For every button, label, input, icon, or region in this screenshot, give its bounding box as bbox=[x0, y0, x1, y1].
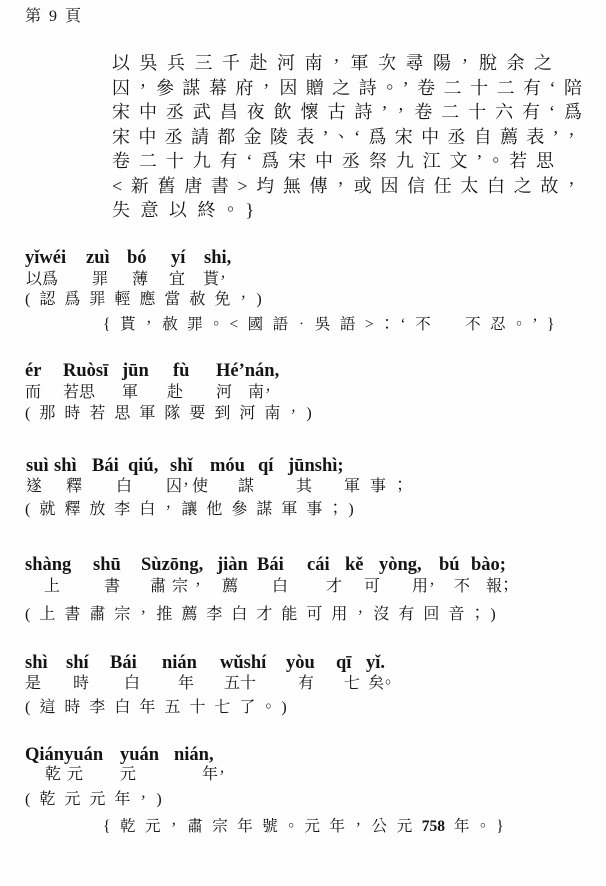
pinyin-line: yǐwéi zuì bó yí shi, bbox=[0, 247, 606, 269]
pinyin-word: jiàn bbox=[217, 554, 248, 576]
hanzi-word: 囚， bbox=[166, 477, 190, 497]
hanzi-word: 貰， bbox=[203, 270, 227, 290]
hanzi-word: 報； bbox=[486, 577, 510, 597]
translation-line: (就釋放李白，讓他參謀軍事；) bbox=[25, 500, 363, 520]
hanzi-word: 釋 bbox=[66, 477, 82, 497]
pinyin-word: bó bbox=[127, 247, 147, 269]
hanzi-word: 年 bbox=[178, 674, 194, 694]
note-block-line: 失意以終。} bbox=[112, 200, 265, 220]
hanzi-word: 遂 bbox=[26, 477, 42, 497]
pinyin-word: zuì bbox=[86, 247, 110, 269]
annotation-note: {乾元，肅宗年號。元年，公元758年。} bbox=[103, 817, 513, 837]
pinyin-word: shū bbox=[93, 554, 121, 576]
hanzi-word: 元 bbox=[120, 765, 136, 785]
pinyin-word: bào; bbox=[471, 554, 506, 576]
note-block-line: <新舊唐書>均無傳，或因信任太白之故， bbox=[112, 176, 577, 196]
note-block-line: 宋中丞請都金陵表’、‘爲宋中丞自薦表’， bbox=[112, 127, 577, 147]
hanzi-word: 用， bbox=[412, 577, 436, 597]
hanzi-word: 以爲 bbox=[26, 270, 58, 290]
hanzi-word: 河 bbox=[216, 383, 232, 403]
pinyin-word: ér bbox=[25, 360, 41, 382]
hanzi-word: 有 bbox=[298, 674, 314, 694]
hanzi-word: 使 bbox=[192, 477, 208, 497]
hanzi-word: 而 bbox=[25, 383, 41, 403]
pinyin-word: kě bbox=[345, 554, 364, 576]
hanzi-word: 其 bbox=[296, 477, 312, 497]
hanzi-word: 可 bbox=[364, 577, 380, 597]
hanzi-word: 是 bbox=[25, 674, 41, 694]
hanzi-word: 五十 bbox=[224, 674, 256, 694]
hanzi-word: 七 bbox=[344, 674, 360, 694]
pinyin-word: shàng bbox=[25, 554, 71, 576]
pinyin-word: Bái bbox=[257, 554, 284, 576]
translation-line: (上書肅宗，推薦李白才能可用，沒有回音；) bbox=[25, 605, 505, 625]
pinyin-word: nián bbox=[162, 652, 197, 674]
pinyin-word: Hé’nán, bbox=[216, 360, 279, 382]
scanned-page: 第 9 頁 以吳兵三千赴河南，軍次尋陽，脫余之 囚，參謀幕府，因贈之詩。’卷二十… bbox=[0, 0, 606, 886]
hanzi-word: 罪 bbox=[92, 270, 108, 290]
hanzi-word: 年， bbox=[202, 765, 226, 785]
hanzi-line: 上 書 肅宗， 薦 白 才 可 用， 不 報； bbox=[0, 577, 606, 597]
hanzi-word: 上 bbox=[44, 577, 60, 597]
note-text: {乾元，肅宗年號。元年，公元 bbox=[103, 818, 422, 835]
pinyin-word: nián, bbox=[174, 744, 214, 766]
pinyin-word: Qiányuán bbox=[25, 744, 103, 766]
hanzi-word: 白 bbox=[272, 577, 288, 597]
hanzi-word: 矣。 bbox=[368, 674, 392, 694]
hanzi-word: 薄 bbox=[132, 270, 148, 290]
hanzi-word: 軍事； bbox=[344, 477, 414, 497]
hanzi-line: 是 時 白 年 五十 有 七 矣。 bbox=[0, 674, 606, 694]
pinyin-line: Qiányuán yuán nián, bbox=[0, 744, 606, 766]
hanzi-word: 乾元 bbox=[45, 765, 89, 785]
pinyin-word: shì bbox=[25, 652, 48, 674]
translation-line: (乾元元年，) bbox=[25, 790, 171, 810]
hanzi-line: 以爲 罪 薄 宜 貰， bbox=[0, 270, 606, 290]
hanzi-word: 赴 bbox=[167, 383, 183, 403]
note-block-line: 宋中丞武昌夜飲懷古詩’，卷二十六有‘爲 bbox=[112, 102, 583, 122]
annotation-note: {貰，赦罪。<國語．吳語>：‘不 不忍。’} bbox=[103, 315, 564, 335]
pinyin-word: qiú, bbox=[128, 455, 158, 477]
pinyin-word: Ruòsī bbox=[63, 360, 108, 382]
pinyin-line: ér Ruòsī jūn fù Hé’nán, bbox=[0, 360, 606, 382]
pinyin-word: bú bbox=[439, 554, 460, 576]
pinyin-word: jūn bbox=[122, 360, 149, 382]
pinyin-word: shí bbox=[66, 652, 89, 674]
translation-line: (那時若思軍隊要到河南，) bbox=[25, 404, 321, 424]
translation-line: (認爲罪輕應當赦免，) bbox=[25, 290, 271, 310]
hanzi-word: 書 bbox=[104, 577, 120, 597]
pinyin-word: wǔshí bbox=[220, 652, 266, 674]
pinyin-word: yòu bbox=[286, 652, 315, 674]
hanzi-word: 白 bbox=[124, 674, 140, 694]
pinyin-word: shǐ bbox=[170, 455, 193, 477]
note-text: 年。} bbox=[454, 818, 513, 835]
hanzi-line: 乾元 元 年， bbox=[0, 765, 606, 785]
hanzi-word: 不 bbox=[454, 577, 470, 597]
pinyin-line: shàng shū Sùzōng, jiàn Bái cái kě yòng, … bbox=[0, 554, 606, 576]
pinyin-word: suì bbox=[26, 455, 49, 477]
pinyin-word: shì bbox=[54, 455, 77, 477]
hanzi-word: 才 bbox=[326, 577, 342, 597]
note-block-line: 囚，參謀幕府，因贈之詩。’卷二十二有‘陪 bbox=[112, 78, 583, 98]
pinyin-word: yuán bbox=[120, 744, 159, 766]
pinyin-word: yǐ. bbox=[366, 652, 385, 674]
pinyin-word: qī bbox=[336, 652, 351, 674]
note-block-line: 以吳兵三千赴河南，軍次尋陽，脫余之 bbox=[112, 53, 553, 73]
pinyin-word: Bái bbox=[110, 652, 137, 674]
hanzi-word: 軍 bbox=[122, 383, 138, 403]
pinyin-line: suì shì Bái qiú, shǐ móu qí jūnshì; bbox=[0, 455, 606, 477]
hanzi-line: 遂 釋 白 囚， 使 謀 其 軍事； bbox=[0, 477, 606, 497]
year-number: 758 bbox=[422, 818, 445, 835]
hanzi-word: 薦 bbox=[222, 577, 238, 597]
hanzi-word: 若思 bbox=[63, 383, 95, 403]
pinyin-word: shi, bbox=[204, 247, 231, 269]
translation-line: (這時李白年五十七了。) bbox=[25, 698, 296, 718]
pinyin-word: jūnshì; bbox=[288, 455, 344, 477]
pinyin-line: shì shí Bái nián wǔshí yòu qī yǐ. bbox=[0, 652, 606, 674]
note-block-line: 卷二十九有‘爲宋中丞祭九江文’。若思 bbox=[112, 151, 555, 171]
pinyin-word: yí bbox=[171, 247, 185, 269]
pinyin-word: yòng, bbox=[379, 554, 422, 576]
pinyin-word: yǐwéi bbox=[25, 247, 66, 269]
hanzi-line: 而 若思 軍 赴 河 南， bbox=[0, 383, 606, 403]
pinyin-word: cái bbox=[307, 554, 330, 576]
hanzi-word: 宜 bbox=[169, 270, 185, 290]
hanzi-word: 白 bbox=[116, 477, 132, 497]
pinyin-word: qí bbox=[258, 455, 273, 477]
pinyin-word: fù bbox=[173, 360, 189, 382]
hanzi-word: 謀 bbox=[238, 477, 254, 497]
pinyin-word: Bái bbox=[92, 455, 119, 477]
hanzi-word: 肅宗， bbox=[150, 577, 208, 597]
pinyin-word: Sùzōng, bbox=[141, 554, 203, 576]
pinyin-word: móu bbox=[210, 455, 245, 477]
page-number-header: 第 9 頁 bbox=[25, 7, 81, 27]
hanzi-word: 南， bbox=[248, 383, 272, 403]
hanzi-word: 時 bbox=[73, 674, 89, 694]
